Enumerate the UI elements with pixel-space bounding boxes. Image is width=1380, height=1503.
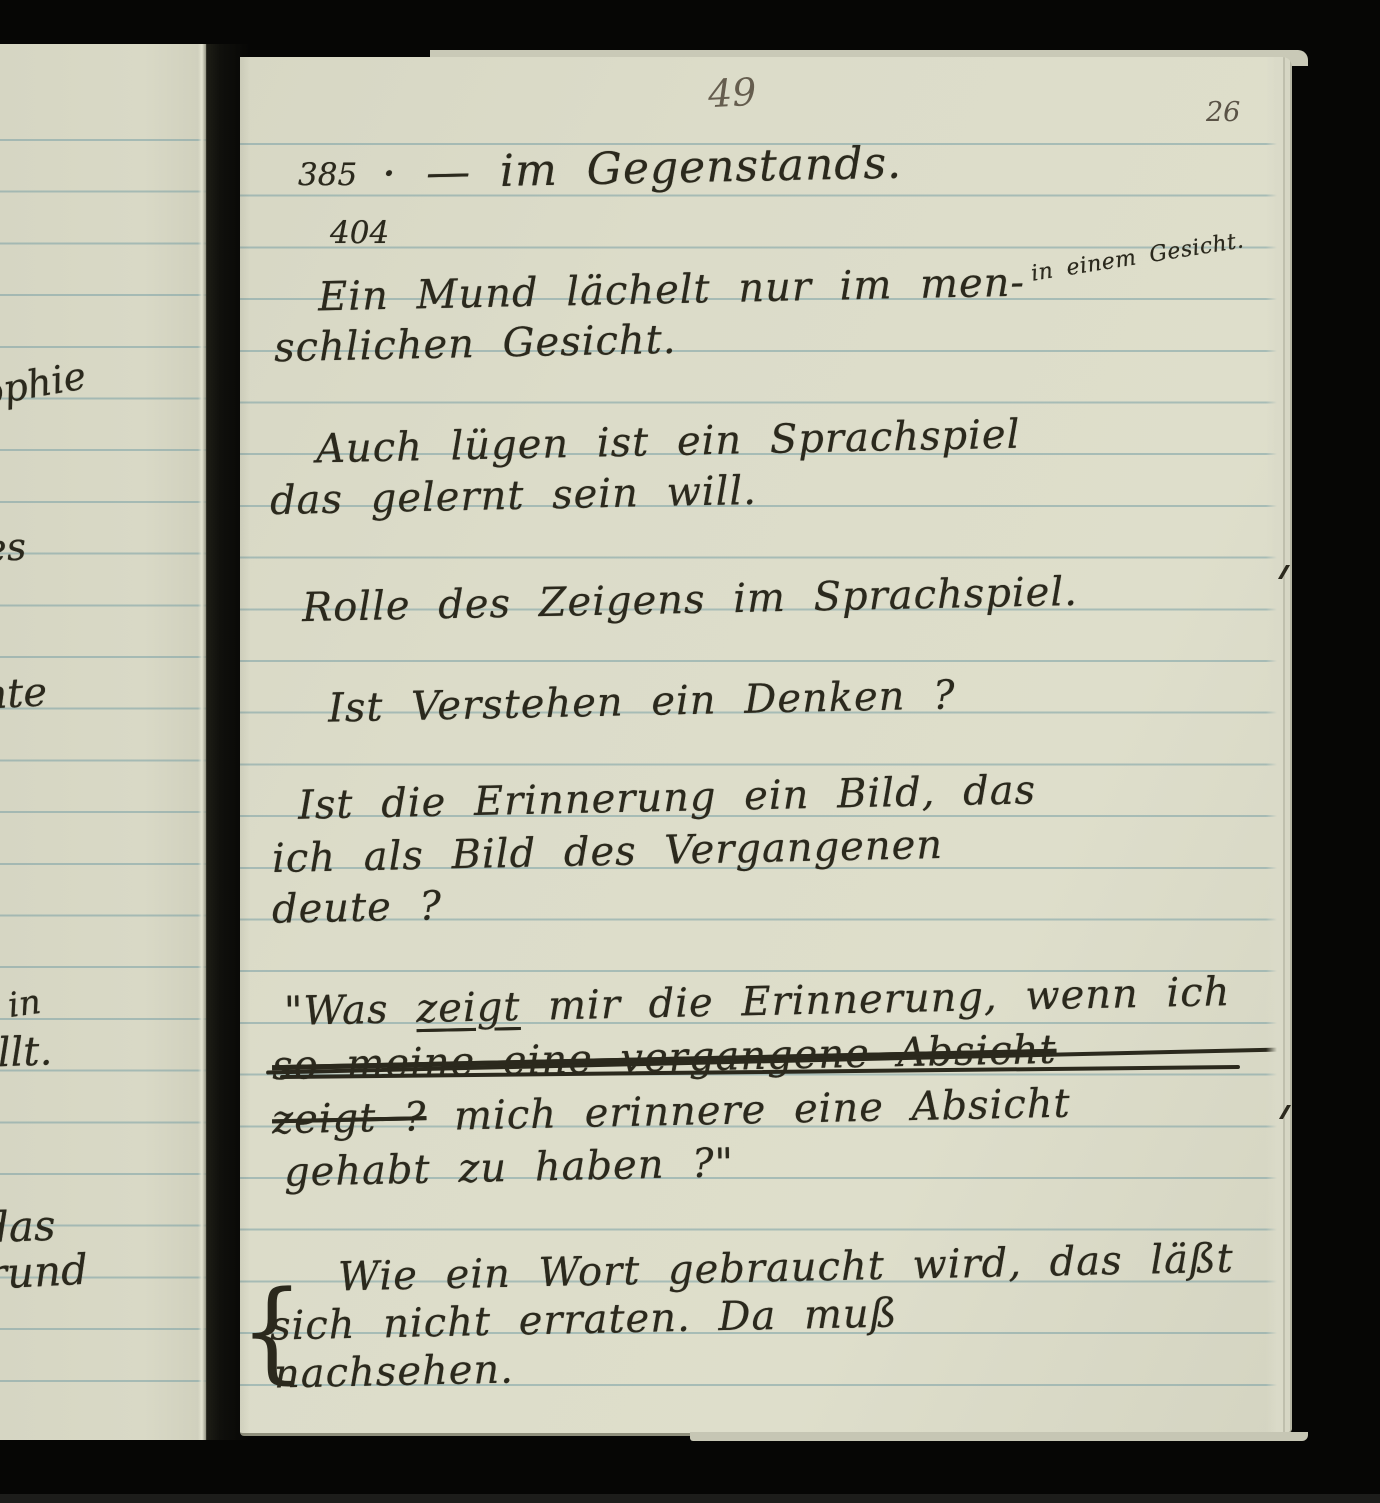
handwritten-line: Wie ein Wort gebraucht wird, das läßt xyxy=(338,1236,1235,1301)
right-page: 49 26 385 404 · — im Gegenstands. in ein… xyxy=(240,57,1292,1436)
text-segment: Wie ein Wort gebraucht wird, das läßt xyxy=(338,1236,1235,1301)
text-segment-deleted: zeigt ? xyxy=(272,1094,427,1143)
gutter-shadow xyxy=(198,44,250,1440)
text-segment: "Was xyxy=(284,986,417,1035)
text-segment: mir die Erinnerung, wenn ich xyxy=(520,969,1231,1030)
handwritten-line: Rolle des Zeigens im Sprachspiel. xyxy=(302,569,1079,631)
interlinear-insertion: in einem Gesicht. xyxy=(1029,228,1245,286)
scan-bottom-strip xyxy=(0,1494,1380,1503)
page-number-right: 26 xyxy=(1206,97,1240,128)
text-segment: schlichen Gesicht. xyxy=(274,317,677,371)
text-segment: Auch lügen ist ein Sprachspiel xyxy=(316,412,1021,473)
handwritten-line: schlichen Gesicht. xyxy=(274,317,677,371)
text-segment: Ist die Erinnerung ein Bild, das xyxy=(298,767,1037,828)
handwriting-fragment: osophie xyxy=(0,353,89,422)
handwritten-line: "Was zeigt mir die Erinnerung, wenn ich xyxy=(284,969,1231,1035)
page-number-center: 49 xyxy=(707,70,758,116)
handwritten-line: gehabt zu haben ?" xyxy=(284,1140,735,1195)
text-segment: gehabt zu haben ?" xyxy=(284,1140,735,1195)
left-page: osophie ies lente in tellt. das grund xyxy=(0,44,206,1440)
handwritten-line: zeigt ? mich erinnere eine Absicht xyxy=(272,1081,1071,1144)
text-segment: · — im Gegenstands. xyxy=(382,138,903,200)
handwritten-line: nachsehen. xyxy=(274,1346,515,1397)
handwriting-fragment: grund xyxy=(0,1245,89,1301)
handwritten-line: Ein Mund lächelt nur im men- xyxy=(318,260,1026,321)
text-segment: mich erinnere eine Absicht xyxy=(426,1081,1071,1140)
margin-ref: 385 xyxy=(298,157,357,193)
margin-ref: 404 xyxy=(330,215,389,251)
text-segment: Ist Verstehen ein Denken ? xyxy=(328,672,956,731)
handwriting-fragment: tellt. xyxy=(0,1028,53,1077)
text-segment: Rolle des Zeigens im Sprachspiel. xyxy=(302,569,1079,631)
text-segment: deute ? xyxy=(272,883,443,933)
text-segment-underlined: zeigt xyxy=(416,984,521,1032)
text-segment: nachsehen. xyxy=(274,1346,515,1397)
text-segment: Ein Mund lächelt nur im men- xyxy=(318,260,1026,321)
page-edge-bottom xyxy=(690,1432,1308,1441)
handwriting-fragment: in xyxy=(5,982,43,1026)
handwriting-fragment: das xyxy=(0,1201,56,1253)
handwritten-line: das gelernt sein will. xyxy=(270,468,758,524)
handwritten-line: Ist die Erinnerung ein Bild, das xyxy=(298,767,1037,828)
handwritten-line: Auch lügen ist ein Sprachspiel xyxy=(316,412,1021,473)
page-edge-right xyxy=(1266,57,1292,1433)
text-segment: das gelernt sein will. xyxy=(270,468,758,524)
handwriting-fragment: ies xyxy=(0,524,28,572)
handwritten-line: Ist Verstehen ein Denken ? xyxy=(328,672,956,731)
handwritten-line: ich als Bild des Vergangenen xyxy=(272,822,944,882)
notebook-scan: osophie ies lente in tellt. das grund 49… xyxy=(0,0,1380,1503)
text-segment: ich als Bild des Vergangenen xyxy=(272,822,944,882)
handwriting-fragment: lente xyxy=(0,669,48,720)
handwritten-line: · — im Gegenstands. xyxy=(382,138,903,200)
handwritten-line: deute ? xyxy=(272,883,443,933)
